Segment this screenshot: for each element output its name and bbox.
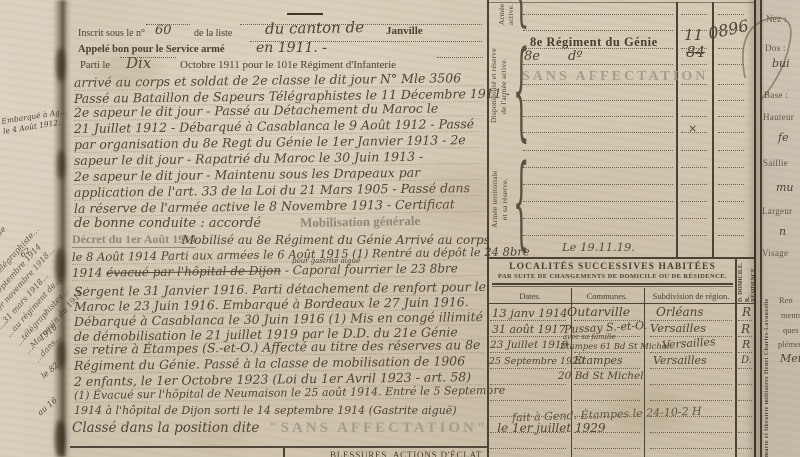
struck-pre: 1914: [72, 266, 107, 280]
ruled-line: [738, 384, 752, 385]
ruled-line: [490, 448, 566, 449]
ruled-line: [650, 400, 732, 401]
ruled-line: [574, 448, 640, 449]
ruled-line: [718, 14, 744, 15]
ruled-line: [681, 218, 707, 219]
ruled-line: [738, 432, 752, 433]
dos-label: Dos :: [765, 43, 786, 53]
adjacent-fragment: ques: [783, 325, 799, 335]
ruled-line: [738, 416, 752, 417]
ruled-line: [574, 336, 640, 337]
appele-year-value: en 1911. -: [256, 40, 327, 56]
row-date: 25 Septembre 1920: [489, 356, 584, 367]
table-right-border: [735, 258, 737, 457]
decret-stamp: Décret du 1er Août 1914: [72, 232, 196, 248]
ruled-line: [490, 432, 566, 433]
localites-title: LOCALITÉS SUCCESSIVES HABITÉES: [490, 262, 735, 272]
inscrit-label: Inscrit sous le n°: [78, 28, 145, 39]
base-label: Base :: [764, 90, 788, 100]
parti-regiment-label: Octobre 1911 pour le 101e Régiment d'Inf…: [180, 59, 396, 71]
struck-text: évacué par l'hôpital de Dijon: [106, 263, 281, 279]
row-commune: Étampes 61 Bd St Michel: [560, 342, 670, 352]
regiment-number2-value: 84: [686, 43, 705, 61]
regiment-ditto-prefix: 8e: [524, 49, 540, 64]
ruled-line: [718, 116, 744, 117]
row-subdivision: Orléans: [656, 305, 704, 319]
ruled-line: [681, 30, 707, 31]
saillie-label: Saillie: [763, 158, 788, 168]
blessures-section-title: BLESSURES, ACTIONS D'ÉCLAT: [330, 450, 482, 457]
ruled-line: [718, 235, 744, 236]
final-hand-a: Classé dans la position dite: [72, 420, 259, 436]
ruled-line: [681, 100, 707, 101]
ruled-line: [718, 100, 744, 101]
ruled-line: [738, 336, 752, 337]
ruled-line: [681, 116, 707, 117]
nez-label: Nez :: [766, 14, 787, 24]
col-header-communes: Communes.: [572, 291, 642, 301]
ruled-line: [681, 167, 707, 168]
ruled-line: [523, 201, 673, 202]
ruled-line: [718, 132, 744, 133]
regiment-ditto-mark: dº: [568, 49, 582, 64]
printer-imprint: marie et librairie militaires Henri Char…: [764, 260, 770, 457]
ruled-line: [738, 448, 752, 449]
ruled-line: [490, 368, 566, 369]
col-header-dates: Dates.: [490, 291, 570, 301]
ruled-line: [718, 30, 744, 31]
row-subdivision: Versailles: [650, 321, 706, 335]
ruled-line: [718, 167, 744, 168]
ruled-line: [650, 336, 732, 337]
ruled-line: [738, 352, 752, 353]
ruled-line: [523, 132, 673, 133]
ruled-line: [574, 416, 640, 417]
territoriale-label: Armée territoriale et sa réserve.: [490, 148, 509, 250]
ruled-line: [523, 116, 673, 117]
ruled-line: [574, 400, 640, 401]
ruled-line: [523, 100, 673, 101]
ruled-line: [718, 184, 744, 185]
row-commune: Outarville: [567, 304, 630, 319]
ruled-line: [523, 30, 673, 31]
ruled-line: [718, 48, 744, 49]
group-brace: {: [513, 147, 530, 264]
canton-name: Janville: [386, 25, 423, 37]
table-top-border: [487, 257, 755, 259]
row-commune: Étampes: [574, 354, 623, 367]
ruled-line: [490, 416, 566, 417]
adjacent-hand-bit: mu: [776, 181, 794, 194]
row-date: 31 août 1917: [492, 323, 566, 336]
service-record-line: 1914 à l'hôpital de Dijon sorti le 14 se…: [74, 404, 457, 417]
ruled-line: [574, 352, 640, 353]
col-header-subdivision: Subdivision de région.: [645, 291, 737, 301]
ruled-line: [523, 167, 673, 168]
ruled-line: [523, 150, 673, 151]
ruled-line: [490, 352, 566, 353]
hauteur-label: Hauteur: [763, 112, 794, 122]
panel-date-note: Le 19.11.19.: [562, 240, 635, 254]
parti-label: Parti le: [80, 60, 110, 71]
top-dash-mark: [287, 13, 323, 15]
ruled-line: [523, 235, 673, 236]
canton-value: du canton de: [265, 18, 364, 38]
adjacent-hand-bit: fe: [778, 131, 789, 144]
row-commune-note: avec sa famille: [563, 333, 616, 341]
table-diagonal-note: fait à Gend. Étampes le 24-10-2 H: [512, 405, 702, 425]
ruled-line: [650, 320, 732, 321]
adjacent-fragment: ments: [781, 310, 800, 320]
footer-divider: [283, 446, 285, 457]
ruled-line: [681, 235, 707, 236]
adjacent-hand-bit: n: [779, 225, 786, 238]
list-number-value: 60: [155, 23, 172, 38]
ruled-line: [738, 400, 752, 401]
ruled-line: [523, 14, 673, 15]
ruled-line: [490, 336, 566, 337]
ruled-line: [490, 400, 566, 401]
ruled-line: [574, 320, 640, 321]
service-record-line: de bonne conduite : accordé: [74, 216, 261, 231]
scanned-military-record: Embarqué à Ag… le 4 Août 1912. (1) Const…: [0, 0, 800, 457]
row-commune2: 20 Bd St Michel: [558, 370, 644, 382]
column-divider: [676, 2, 678, 258]
ruled-line: [650, 384, 732, 385]
ruled-line: [718, 218, 744, 219]
adjacent-fragment: plémen: [778, 339, 800, 349]
ruled-line: [650, 432, 732, 433]
ruled-line: [523, 48, 673, 49]
ruled-line: [681, 150, 707, 151]
ruled-line: [523, 84, 673, 85]
visage-label: Visage: [762, 248, 788, 258]
ruled-line: [490, 320, 566, 321]
regiment-number-value: 11: [684, 26, 703, 44]
liste-label: de la liste: [194, 28, 232, 39]
adjacent-fragment: Ren: [779, 295, 793, 305]
ruled-line: [681, 184, 707, 185]
ruled-line: [523, 64, 673, 65]
ruled-line: [681, 48, 707, 49]
ruled-line: [718, 150, 744, 151]
check-mark: ×: [688, 122, 697, 135]
section-divider: [70, 446, 487, 448]
row-date: 23 Juillet 1919: [490, 339, 568, 351]
struck-post: - Caporal fourrier le 23 8bre: [281, 261, 458, 277]
ruled-line: [718, 201, 744, 202]
localites-subtitle: PAR SUITE DE CHANGEMENTS DE DOMICILE OU …: [490, 273, 735, 280]
ruled-line: [718, 64, 744, 65]
ruled-line: [574, 368, 640, 369]
ruled-line: [681, 14, 707, 15]
ruled-line: [650, 448, 732, 449]
sans-affectation-stamp-panel: SANS AFFECTATION: [522, 69, 708, 85]
ruled-line: [650, 416, 732, 417]
adjacent-hand-bit: bui: [772, 57, 790, 70]
disponibilite-label: Disponibilité et réserve de l'armée acti…: [489, 30, 508, 142]
ruled-line: [523, 218, 673, 219]
ruled-line: [523, 184, 673, 185]
ruled-line: [574, 432, 640, 433]
ruled-line: [490, 384, 566, 385]
ruled-line: [650, 368, 732, 369]
row-date: 13 janv 1914: [492, 306, 568, 320]
sans-affectation-stamp-main: "SANS AFFECTATION": [269, 420, 488, 436]
ruled-line: [738, 320, 752, 321]
mobilisation-generale-stamp: Mobilisation générale: [300, 213, 421, 231]
ruled-line: [574, 384, 640, 385]
binding-fold: [53, 0, 71, 457]
largeur-label: Largeur: [762, 206, 792, 216]
ruled-line: [718, 84, 744, 85]
ruled-line: [681, 84, 707, 85]
ruled-line: [738, 368, 752, 369]
row-subdivision: Versailles: [662, 335, 716, 352]
table-col-divider: [644, 288, 645, 457]
ruled-line: [681, 201, 707, 202]
ruled-line: [650, 352, 732, 353]
ruled-line: [681, 132, 707, 133]
row-subdivision: Versailles: [653, 354, 707, 367]
adjacent-hand-fragment: Mein: [780, 352, 800, 365]
ruled-line: [681, 64, 707, 65]
